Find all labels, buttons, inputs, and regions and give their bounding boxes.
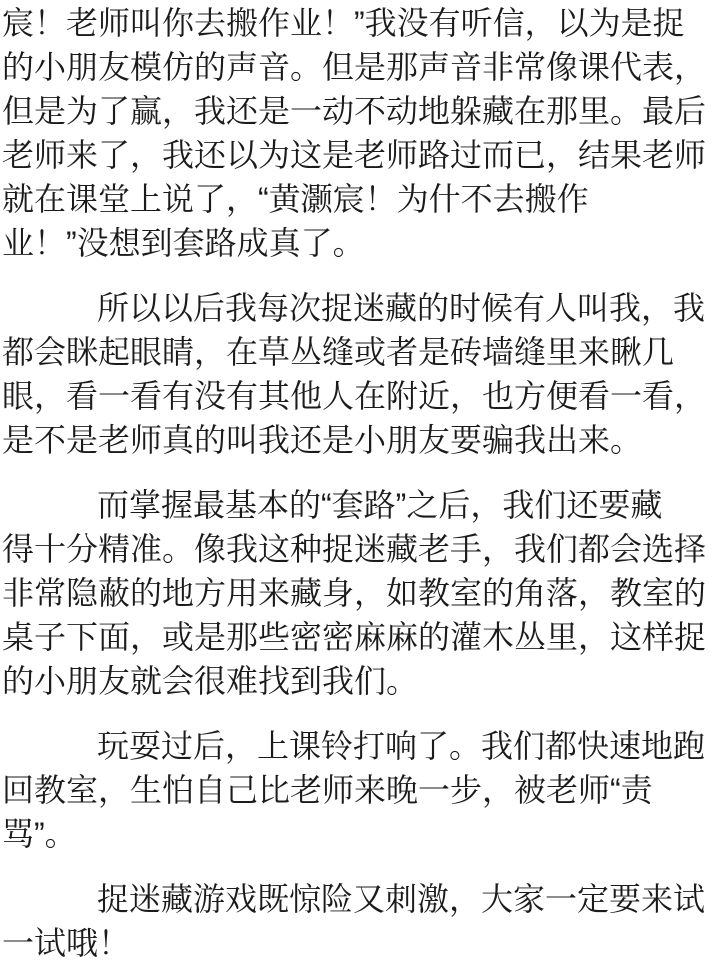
text-line: 骂”。	[2, 812, 714, 856]
text-line: 非常隐蔽的地方用来藏身，如教室的角落，教室的	[2, 571, 714, 615]
text-line: 得十分精准。像我这种捉迷藏老手，我们都会选择	[2, 527, 714, 571]
paragraph: 而掌握最基本的“套路”之后，我们还要藏得十分精准。像我这种捉迷藏老手，我们都会选…	[2, 483, 714, 703]
text-line: 的小朋友模仿的声音。但是那声音非常像课代表，	[2, 45, 714, 89]
document-page: 宸！老师叫你去搬作业！”我没有听信，以为是捉的小朋友模仿的声音。但是那声音非常像…	[0, 0, 720, 970]
text-line: 桌子下面，或是那些密密麻麻的灌木丛里，这样捉	[2, 615, 714, 659]
text-line: 而掌握最基本的“套路”之后，我们还要藏	[2, 483, 714, 527]
text-line: 宸！老师叫你去搬作业！”我没有听信，以为是捉	[2, 1, 714, 45]
text-line: 所以以后我每次捉迷藏的时候有人叫我，我	[2, 286, 714, 330]
text-line: 就在课堂上说了，“黄灏宸！为什不去搬作	[2, 177, 714, 221]
text-line: 回教室，生怕自己比老师来晚一步，被老师“责	[2, 768, 714, 812]
text-line: 捉迷藏游戏既惊险又刺激，大家一定要来试	[2, 877, 714, 921]
text-line: 都会眯起眼睛，在草丛缝或者是砖墙缝里来瞅几	[2, 330, 714, 374]
text-line: 玩耍过后，上课铃打响了。我们都快速地跑	[2, 724, 714, 768]
text-line: 一试哦！	[2, 921, 714, 965]
text-line: 的小朋友就会很难找到我们。	[2, 659, 714, 703]
paragraph: 宸！老师叫你去搬作业！”我没有听信，以为是捉的小朋友模仿的声音。但是那声音非常像…	[2, 1, 714, 265]
text-line: 是不是老师真的叫我还是小朋友要骗我出来。	[2, 418, 714, 462]
paragraph: 所以以后我每次捉迷藏的时候有人叫我，我都会眯起眼睛，在草丛缝或者是砖墙缝里来瞅几…	[2, 286, 714, 462]
text-line: 但是为了赢，我还是一动不动地躲藏在那里。最后	[2, 89, 714, 133]
paragraph: 玩耍过后，上课铃打响了。我们都快速地跑回教室，生怕自己比老师来晚一步，被老师“责…	[2, 724, 714, 856]
paragraph: 捉迷藏游戏既惊险又刺激，大家一定要来试一试哦！	[2, 877, 714, 965]
text-line: 业！”没想到套路成真了。	[2, 221, 714, 265]
text-line: 眼，看一看有没有其他人在附近，也方便看一看，	[2, 374, 714, 418]
text-line: 老师来了，我还以为这是老师路过而已，结果老师	[2, 133, 714, 177]
document-body: 宸！老师叫你去搬作业！”我没有听信，以为是捉的小朋友模仿的声音。但是那声音非常像…	[2, 1, 714, 965]
